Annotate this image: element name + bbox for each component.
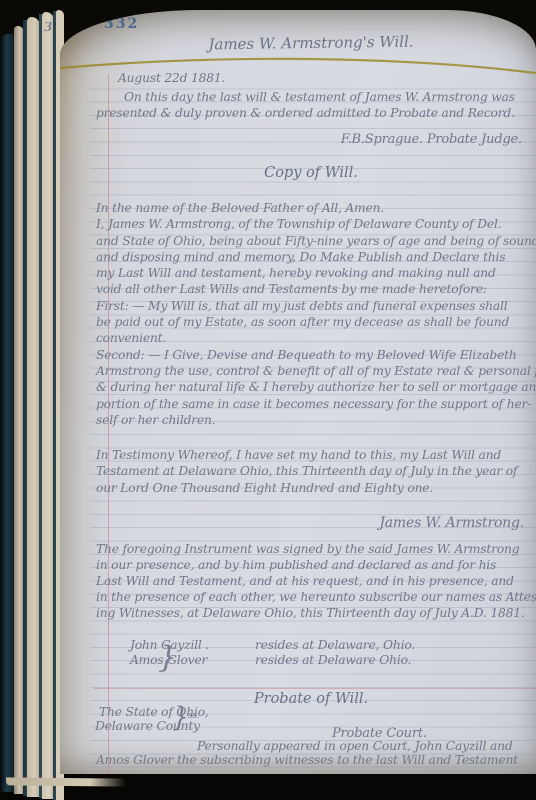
will-body-text: In the name of the Beloved Father of All…	[96, 200, 536, 428]
handwritten-line: The foregoing Instrument was signed by t…	[96, 541, 536, 557]
judge-signature: F.B.Sprague. Probate Judge.	[341, 132, 522, 147]
page-number: 332	[104, 16, 139, 32]
handwritten-line: my Last Will and testament, hereby revok…	[96, 265, 536, 281]
handwritten-line: void all other Last Wills and Testaments…	[96, 281, 536, 297]
witness-residence: resides at Delaware Ohio.	[255, 653, 411, 667]
handwritten-line: Testament at Delaware Ohio, this Thirtee…	[96, 463, 517, 479]
handwritten-line: On this day the last will & testament of…	[96, 89, 515, 105]
handwritten-line: be paid out of my Estate, as soon after …	[96, 314, 536, 330]
handwritten-line: and disposing mind and memory, Do Make P…	[96, 249, 536, 265]
page-edge	[0, 34, 15, 792]
handwritten-line: & during her natural life & I hereby aut…	[96, 379, 536, 395]
handwritten-line: In Testimony Whereof, I have set my hand…	[96, 447, 517, 463]
handwritten-line: Armstrong the use, control & benefit of …	[96, 363, 536, 379]
handwritten-line: self or her children.	[96, 412, 536, 428]
tab-page-number: 3	[41, 19, 56, 34]
court-order-entry: On this day the last will & testament of…	[96, 89, 515, 121]
handwritten-line: First: — My Will is, that all my just de…	[96, 298, 536, 314]
handwritten-line: In the name of the Beloved Father of All…	[96, 200, 536, 216]
handwritten-line: presented & duly proven & ordered admitt…	[96, 105, 515, 121]
venue-brace: }	[172, 702, 189, 733]
handwritten-line: Second: — I Give, Devise and Bequeath to…	[96, 347, 536, 363]
handwritten-line: in our presence, and by him published an…	[96, 557, 536, 573]
testimony-clause: In Testimony Whereof, I have set my hand…	[96, 447, 517, 496]
witness-residence: resides at Delaware, Ohio.	[255, 638, 415, 652]
handwritten-line: convenient.	[96, 330, 536, 346]
ledger-photo: 3 332 James W. Armstrong's Will. August …	[0, 0, 536, 800]
entry-date: August 22d 1881.	[118, 71, 225, 85]
ledger-page: 332 James W. Armstrong's Will. August 22…	[60, 10, 536, 774]
section-rule-line	[94, 688, 536, 689]
probate-text-line: Personally appeared in open Court, John …	[197, 739, 513, 753]
copy-of-will-heading: Copy of Will.	[96, 165, 526, 181]
handwritten-line: ing Witnesses, at Delaware Ohio, this Th…	[96, 605, 536, 621]
handwritten-line: Last Will and Testament, and at his requ…	[96, 573, 536, 589]
handwritten-line: portion of the same in case it becomes n…	[96, 396, 536, 412]
handwritten-line: and State of Ohio, being about Fifty-nin…	[96, 233, 536, 249]
attestation-clause: The foregoing Instrument was signed by t…	[96, 541, 536, 621]
handwritten-line: in the presence of each other, we hereun…	[96, 589, 536, 605]
handwritten-line: I, James W. Armstrong, of the Township o…	[96, 216, 536, 232]
probate-text-line: Amos Glover the subscribing witnesses to…	[96, 753, 518, 767]
page-edge	[6, 777, 126, 786]
testator-signature: James W. Armstrong.	[379, 515, 524, 531]
venue-ss: ss.	[188, 711, 200, 721]
handwritten-line: our Lord One Thousand Eight Hundred and …	[96, 480, 517, 496]
witness-brace: }	[158, 640, 177, 675]
